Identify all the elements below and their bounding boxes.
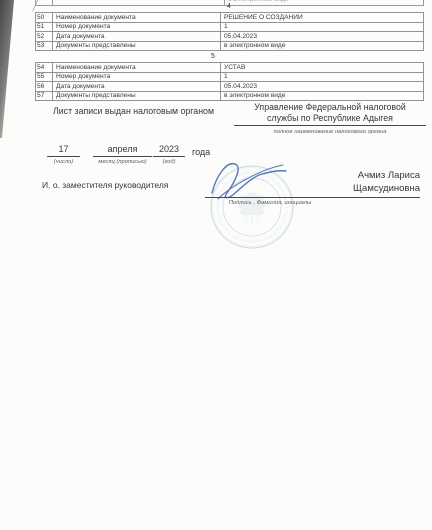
table-row: 50 Наименование документа РЕШЕНИЕ О СОЗД… [36, 13, 424, 23]
row-number: 52 [36, 32, 53, 42]
date-month-caption: месяц (прописью) [86, 159, 159, 165]
row-number: 57 [36, 91, 53, 101]
table-row: 53 Документы представлены в электронном … [36, 41, 424, 51]
org-name-line2: службы по Республике Адыгея [234, 113, 426, 124]
signature-underline [205, 197, 420, 198]
signer-name-line2: Щамсудиновна [290, 183, 420, 196]
clipped-row-value-cell: в электронном виде [225, 0, 423, 5]
signer-name: Ачмиз Лариса Щамсудиновна [290, 170, 420, 195]
document-table-section-4: 50 Наименование документа РЕШЕНИЕ О СОЗД… [35, 12, 424, 51]
scanner-edge-artifact [0, 0, 16, 140]
org-name-line1: Управление Федеральной налоговой [234, 102, 426, 113]
row-label: Наименование документа [53, 63, 221, 73]
row-number: 56 [36, 82, 53, 92]
row-value: 05.04.2023 [221, 32, 424, 42]
clipped-row-number-cell [36, 0, 53, 5]
tax-authority-name: Управление Федеральной налоговой службы … [234, 102, 426, 126]
date-day-field: 17 [47, 144, 80, 157]
date-year-caption: (год) [150, 159, 188, 165]
table-row: 52 Дата документа 05.04.2023 [36, 32, 424, 42]
row-number: 54 [36, 63, 53, 73]
table-row: 55 Номер документа 1 [36, 72, 424, 82]
row-value: 05.04.2023 [221, 82, 424, 92]
row-value: в электронном виде [221, 41, 424, 51]
table-row: 57 Документы представлены в электронном … [36, 91, 424, 101]
signature-caption: Подпись , Фамилия, инициалы [205, 200, 335, 206]
org-name-caption: полное наименование налогового органа [234, 129, 426, 135]
row-number: 51 [36, 22, 53, 32]
row-label: Наименование документа [53, 13, 221, 23]
table-row: 56 Дата документа 05.04.2023 [36, 82, 424, 92]
row-label: Документы представлены [53, 41, 221, 51]
date-day-caption: (число) [44, 159, 83, 165]
issued-by-text: Лист записи выдан налоговым органом [53, 106, 214, 116]
row-label: Дата документа [53, 82, 221, 92]
round-stamp-seal [211, 166, 293, 248]
row-value: 1 [221, 72, 424, 82]
clipped-row-label-cell [53, 0, 225, 5]
date-year-field: 2023 [153, 144, 185, 157]
row-number: 50 [36, 13, 53, 23]
row-value: в электронном виде [221, 91, 424, 101]
row-number: 55 [36, 72, 53, 82]
row-value: РЕШЕНИЕ О СОЗДАНИИ [221, 13, 424, 23]
document-table-section-5: 54 Наименование документа УСТАВ 55 Номер… [35, 62, 424, 101]
row-value: УСТАВ [221, 63, 424, 73]
row-label: Номер документа [53, 72, 221, 82]
row-label: Документы представлены [53, 91, 221, 101]
signer-name-line1: Ачмиз Лариса [290, 170, 420, 183]
section-number-4: 4 [227, 3, 231, 10]
table-row: 51 Номер документа 1 [36, 22, 424, 32]
signer-position-title: И. о. заместителя руководителя [42, 180, 168, 190]
date-month-field: апреля [93, 144, 152, 157]
table-row: 54 Наименование документа УСТАВ [36, 63, 424, 73]
row-label: Дата документа [53, 32, 221, 42]
section-number-5: 5 [211, 53, 215, 60]
row-label: Номер документа [53, 22, 221, 32]
row-number: 53 [36, 41, 53, 51]
row-value: 1 [221, 22, 424, 32]
